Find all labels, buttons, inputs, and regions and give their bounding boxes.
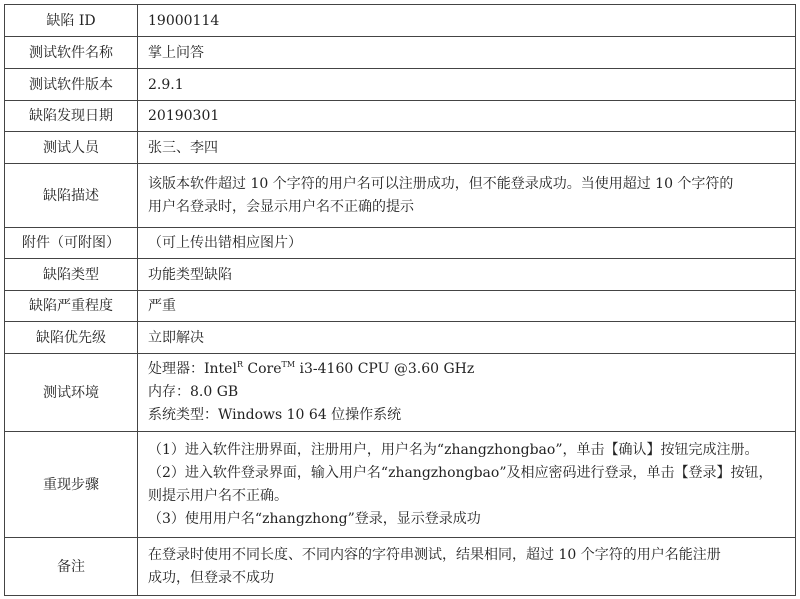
env-cpu: 处理器：IntelR CoreTM i3-4160 CPU @3.60 GHz [148,358,789,381]
row-attachment: 附件（可附图） （可上传出错相应图片） [5,228,796,259]
row-remarks: 备注 在登录时使用不同长度、不同内容的字符串测试，结果相同，超过 10 个字符的… [5,538,796,596]
value-testers: 张三、李四 [138,132,796,164]
repro-step-line: （1）进入软件注册界面，注册用户，用户名为“zhangzhongbao”，单击【… [148,439,789,462]
label-repro-steps: 重现步骤 [5,432,138,538]
remarks-line: 成功，但登录不成功 [148,567,789,590]
label-defect-type: 缺陷类型 [5,259,138,291]
value-remarks: 在登录时使用不同长度、不同内容的字符串测试，结果相同，超过 10 个字符的用户名… [138,538,796,596]
env-system: 系统类型：Windows 10 64 位操作系统 [148,404,789,427]
defect-report-table: 缺陷 ID 19000114 测试软件名称 掌上问答 测试软件版本 2.9.1 … [4,4,796,596]
value-description: 该版本软件超过 10 个字符的用户名可以注册成功，但不能登录成功。当使用超过 1… [138,164,796,228]
env-memory: 内存：8.0 GB [148,381,789,404]
row-software-version: 测试软件版本 2.9.1 [5,69,796,101]
repro-step-line: （3）使用用户名“zhangzhong”登录，显示登录成功 [148,508,789,531]
row-description: 缺陷描述 该版本软件超过 10 个字符的用户名可以注册成功，但不能登录成功。当使… [5,164,796,228]
value-attachment: （可上传出错相应图片） [138,228,796,259]
row-priority: 缺陷优先级 立即解决 [5,322,796,354]
row-found-date: 缺陷发现日期 20190301 [5,101,796,132]
repro-step-line: 则提示用户名不正确。 [148,485,789,508]
row-software-name: 测试软件名称 掌上问答 [5,37,796,69]
description-line: 用户名登录时，会显示用户名不正确的提示 [148,196,789,219]
remarks-line: 在登录时使用不同长度、不同内容的字符串测试，结果相同，超过 10 个字符的用户名… [148,544,789,567]
label-remarks: 备注 [5,538,138,596]
value-priority: 立即解决 [138,322,796,354]
label-found-date: 缺陷发现日期 [5,101,138,132]
value-software-name: 掌上问答 [138,37,796,69]
label-priority: 缺陷优先级 [5,322,138,354]
row-severity: 缺陷严重程度 严重 [5,291,796,322]
label-test-environment: 测试环境 [5,354,138,432]
label-software-version: 测试软件版本 [5,69,138,101]
row-defect-id: 缺陷 ID 19000114 [5,5,796,37]
label-software-name: 测试软件名称 [5,37,138,69]
label-severity: 缺陷严重程度 [5,291,138,322]
row-test-environment: 测试环境 处理器：IntelR CoreTM i3-4160 CPU @3.60… [5,354,796,432]
value-severity: 严重 [138,291,796,322]
row-testers: 测试人员 张三、李四 [5,132,796,164]
value-defect-id: 19000114 [138,5,796,37]
row-defect-type: 缺陷类型 功能类型缺陷 [5,259,796,291]
label-testers: 测试人员 [5,132,138,164]
row-repro-steps: 重现步骤 （1）进入软件注册界面，注册用户，用户名为“zhangzhongbao… [5,432,796,538]
label-description: 缺陷描述 [5,164,138,228]
label-defect-id: 缺陷 ID [5,5,138,37]
value-repro-steps: （1）进入软件注册界面，注册用户，用户名为“zhangzhongbao”，单击【… [138,432,796,538]
value-defect-type: 功能类型缺陷 [138,259,796,291]
value-software-version: 2.9.1 [138,69,796,101]
repro-step-line: （2）进入软件登录界面，输入用户名“zhangzhongbao”及相应密码进行登… [148,462,789,485]
value-found-date: 20190301 [138,101,796,132]
description-line: 该版本软件超过 10 个字符的用户名可以注册成功，但不能登录成功。当使用超过 1… [148,173,789,196]
label-attachment: 附件（可附图） [5,228,138,259]
value-test-environment: 处理器：IntelR CoreTM i3-4160 CPU @3.60 GHz … [138,354,796,432]
